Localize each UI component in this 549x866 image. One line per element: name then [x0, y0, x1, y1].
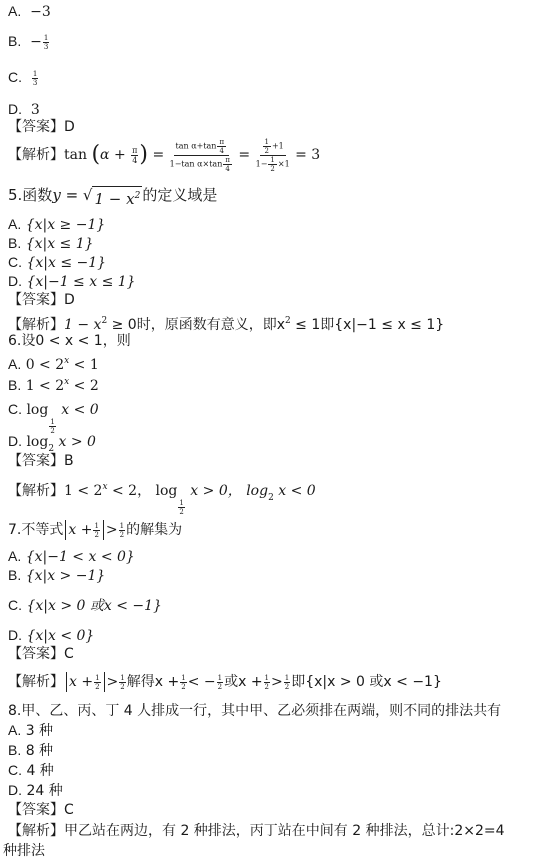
answer-value: D — [64, 119, 75, 135]
fraction: 12 — [119, 674, 125, 691]
option-letter: C. — [8, 401, 22, 417]
analysis-text: 甲乙站在两边，有 2 种排法，丙丁站在中间有 2 种排法，总计:2×2=4 — [64, 823, 505, 839]
q5-option-c: C. {x|x ≤ −1} — [8, 253, 106, 272]
analysis-label: 【解析】 — [8, 823, 64, 839]
fraction: π4 — [223, 156, 232, 173]
frac-den: 2 — [270, 165, 274, 173]
frac-num: 1 — [268, 156, 276, 165]
frac-num: 1 — [264, 674, 270, 683]
q8-option-a: A. 3 种 — [8, 721, 53, 740]
analysis-text: 种排法 — [3, 843, 45, 859]
fraction: 12 — [93, 522, 99, 539]
answer-label: 【答案】 — [8, 453, 64, 469]
option-text: 1 < 2 — [26, 378, 64, 394]
equals: = — [61, 186, 83, 204]
option-letter: A. — [8, 216, 21, 232]
q4-option-a: A. −3 — [8, 2, 51, 21]
option-letter: D. — [8, 782, 22, 798]
option-text: {x|x > 0 或x < −1} — [26, 598, 161, 614]
fraction: 12 — [263, 138, 271, 155]
frac-text: ×1 — [278, 159, 290, 168]
option-text: < 2 — [69, 378, 99, 394]
option-text: 8 种 — [26, 743, 53, 759]
q6-option-c: C. log12 x < 0 — [8, 400, 99, 435]
var-y: y — [52, 186, 60, 204]
fraction: 12 — [119, 522, 125, 539]
option-letter: B. — [8, 377, 21, 393]
q8-option-c: C. 4 种 — [8, 761, 54, 780]
answer-label: 【答案】 — [8, 119, 64, 135]
abs-bar-left — [66, 672, 67, 692]
option-letter: A. — [8, 548, 21, 564]
fraction: π4 — [131, 146, 138, 165]
fraction: 12 — [180, 674, 186, 691]
fraction: π4 — [217, 138, 226, 155]
stem-text: 6.设0 < x < 1，则 — [8, 333, 131, 349]
frac-den: 2 — [120, 531, 124, 539]
frac-num: 1 — [93, 522, 99, 531]
frac-num: 1 — [119, 522, 125, 531]
option-text: log — [26, 402, 48, 418]
stem-text: 8.甲、乙、丙、丁 4 人排成一行，其中甲、乙必须排在两端，则不同的排法共有 — [8, 703, 501, 719]
option-letter: D. — [8, 627, 22, 643]
frac-den: 3 — [44, 43, 48, 51]
analysis-text: < 2， log — [108, 483, 178, 499]
option-text: < 1 — [69, 357, 99, 373]
frac-num: 1 — [180, 674, 186, 683]
frac-text: +1 — [272, 141, 284, 150]
analysis-text: 1 − x — [64, 317, 101, 333]
analysis-label: 【解析】 — [8, 673, 64, 691]
q6-analysis: 【解析】1 < 2x < 2， log12 x > 0， log2 x < 0 — [8, 478, 316, 516]
analysis-text: < − — [188, 673, 216, 691]
frac-num: 1 — [263, 138, 271, 147]
analysis-text: ≤ 1即{x|−1 ≤ x ≤ 1} — [291, 317, 444, 333]
option-letter: C. — [8, 762, 22, 778]
stem-prefix: 7.不等式 — [8, 521, 63, 539]
fraction: 13 — [43, 34, 49, 51]
option-letter: A. — [8, 722, 21, 738]
fraction: 13 — [32, 70, 38, 87]
analysis-text: x > 0， log — [186, 483, 268, 499]
q6-option-a: A. 0 < 2x < 1 — [8, 352, 99, 374]
q5-analysis: 【解析】1 − x2 ≥ 0时，原函数有意义，即x2 ≤ 1即{x|−1 ≤ x… — [8, 312, 444, 334]
sqrt: √1 − x2 — [83, 186, 142, 208]
tan-text: tan — [64, 146, 87, 164]
q6-stem: 6.设0 < x < 1，则 — [8, 332, 131, 350]
q5-option-d: D. {x|−1 ≤ x ≤ 1} — [8, 272, 136, 291]
analysis-text: > — [107, 673, 119, 691]
paren-close: ) — [139, 146, 148, 164]
fraction: tan α+tanπ41−tan α×tanπ4 — [170, 138, 233, 173]
fraction: 12 — [178, 499, 184, 516]
option-letter: C. — [8, 254, 22, 270]
frac-num: 12+1 — [260, 138, 286, 156]
option-text: 3 — [31, 102, 40, 118]
fraction: 12 — [268, 156, 276, 173]
q7-stem: 7.不等式x + 12 > 12的解集为 — [8, 518, 182, 542]
q8-analysis: 【解析】甲乙站在两边，有 2 种排法，丙丁站在中间有 2 种排法，总计:2×2=… — [8, 822, 505, 840]
fraction: 12 — [217, 674, 223, 691]
option-letter: B. — [8, 567, 21, 583]
q8-stem: 8.甲、乙、丙、丁 4 人排成一行，其中甲、乙必须排在两端，则不同的排法共有 — [8, 702, 501, 720]
paren-open: ( — [91, 146, 100, 164]
alpha-plus: α + — [100, 146, 126, 164]
option-text: {x|x > −1} — [26, 568, 106, 584]
option-letter: B. — [8, 235, 21, 251]
analysis-label: 【解析】 — [8, 317, 64, 333]
option-letter: D. — [8, 101, 22, 117]
radicand: 1 − x2 — [92, 186, 142, 208]
analysis-label: 【解析】 — [8, 146, 64, 164]
frac-den: 4 — [132, 156, 137, 165]
frac-num: tan α+tanπ4 — [174, 138, 230, 156]
frac-den: 2 — [179, 508, 183, 516]
q7-analysis: 【解析】x + 12 > 12解得x + 12 < −12 或x + 12 > … — [8, 670, 442, 694]
frac-num: π — [217, 138, 226, 147]
frac-num: 1 — [43, 34, 49, 43]
result: = 3 — [295, 146, 320, 164]
q5-option-b: B. {x|x ≤ 1} — [8, 234, 94, 253]
option-text: x < 0 — [57, 402, 99, 418]
frac-den: 2 — [265, 683, 269, 691]
option-letter: D. — [8, 433, 22, 449]
analysis-label: 【解析】 — [8, 483, 64, 499]
frac-den: 2 — [181, 683, 185, 691]
q6-answer: 【答案】B — [8, 452, 74, 470]
fraction: 12+11−12×1 — [256, 138, 290, 173]
frac-den: 4 — [220, 147, 224, 155]
frac-den: 1−tan α×tanπ4 — [170, 156, 233, 173]
option-text: {x|−1 ≤ x ≤ 1} — [26, 274, 135, 290]
stem-suffix: 的解集为 — [126, 521, 182, 539]
option-letter: C. — [8, 597, 22, 613]
frac-text: tan α+tan — [176, 141, 217, 150]
frac-den: 1−12×1 — [256, 156, 290, 173]
frac-num: 1 — [217, 674, 223, 683]
q7-option-c: C. {x|x > 0 或x < −1} — [8, 596, 162, 615]
option-text: {x|−1 < x < 0} — [26, 549, 135, 565]
q4-option-d: D. 3 — [8, 100, 40, 119]
abs-text: x + — [68, 521, 92, 539]
q7-option-b: B. {x|x > −1} — [8, 566, 105, 585]
option-letter: B. — [8, 742, 21, 758]
stem-suffix: 的定义域是 — [142, 186, 217, 204]
option-text: {x|x ≤ −1} — [26, 255, 106, 271]
option-text: {x|x ≤ 1} — [26, 236, 94, 252]
analysis-text: x + — [69, 673, 93, 691]
q4-option-b: B. −13 — [8, 32, 50, 51]
q7-option-d: D. {x|x < 0} — [8, 626, 94, 645]
analysis-text: x < 0 — [274, 483, 316, 499]
answer-label: 【答案】 — [8, 292, 64, 308]
exponent: 2 — [135, 191, 141, 201]
option-text: 0 < 2 — [26, 357, 64, 373]
option-letter: B. — [8, 33, 21, 49]
frac-den: 3 — [33, 79, 37, 87]
q5-stem: 5.函数y = √1 − x2的定义域是 — [8, 186, 217, 208]
abs-bar-left — [65, 520, 66, 540]
frac-den: 2 — [120, 683, 124, 691]
option-text: {x|x ≥ −1} — [26, 217, 106, 233]
answer-label: 【答案】 — [8, 802, 64, 818]
analysis-text: > — [271, 673, 283, 691]
frac-num: 1 — [32, 70, 38, 79]
q4-analysis: 【解析】 tan (α + π4) = tan α+tanπ41−tan α×t… — [8, 140, 320, 170]
option-text: 24 种 — [26, 783, 62, 799]
option-text: {x|x < 0} — [26, 628, 94, 644]
option-letter: C. — [8, 69, 22, 85]
q6-option-b: B. 1 < 2x < 2 — [8, 373, 99, 395]
frac-den: 2 — [94, 531, 98, 539]
q4-option-c: C. 13 — [8, 68, 39, 87]
q5-option-a: A. {x|x ≥ −1} — [8, 215, 105, 234]
analysis-text: 即{x|x > 0 或x < −1} — [291, 673, 442, 691]
option-text: x > 0 — [54, 434, 96, 450]
q8-option-d: D. 24 种 — [8, 781, 63, 800]
option-text: − — [30, 34, 42, 50]
frac-den: 2 — [285, 683, 289, 691]
q5-answer: 【答案】D — [8, 291, 75, 309]
analysis-text: ≥ 0时，原函数有意义，即x — [107, 317, 285, 333]
answer-value: C — [64, 646, 74, 662]
frac-num: 1 — [119, 674, 125, 683]
answer-value: B — [64, 453, 74, 469]
option-text: log — [26, 434, 48, 450]
frac-num: π — [223, 156, 232, 165]
fraction: 12 — [284, 674, 290, 691]
q8-answer: 【答案】C — [8, 801, 74, 819]
frac-den: 2 — [95, 683, 99, 691]
stem-prefix: 5.函数 — [8, 186, 52, 204]
frac-den: 4 — [225, 165, 229, 173]
option-text: 3 种 — [26, 723, 53, 739]
fraction: 12 — [264, 674, 270, 691]
gt: > — [106, 521, 118, 539]
frac-den: 2 — [218, 683, 222, 691]
option-letter: A. — [8, 3, 21, 19]
option-text: 4 种 — [26, 763, 53, 779]
frac-num: 1 — [284, 674, 290, 683]
q7-option-a: A. {x|−1 < x < 0} — [8, 547, 135, 566]
q8-option-b: B. 8 种 — [8, 741, 53, 760]
frac-den: 2 — [265, 147, 269, 155]
fraction: 12 — [94, 674, 100, 691]
frac-num: π — [131, 146, 138, 156]
frac-num: 1 — [49, 418, 55, 427]
option-text: −3 — [30, 4, 51, 20]
abs-bar-right — [103, 520, 104, 540]
frac-text: 1− — [256, 159, 268, 168]
option-letter: D. — [8, 273, 22, 289]
analysis-text: 或x + — [224, 673, 262, 691]
q7-answer: 【答案】C — [8, 645, 74, 663]
analysis-text: 1 < 2 — [64, 483, 102, 499]
frac-num: 1 — [94, 674, 100, 683]
frac-num: 1 — [178, 499, 184, 508]
answer-label: 【答案】 — [8, 646, 64, 662]
analysis-text: 解得x + — [127, 673, 179, 691]
answer-value: C — [64, 802, 74, 818]
q8-analysis-cont: 种排法 — [3, 842, 45, 860]
frac-text: 1−tan α×tan — [170, 159, 223, 168]
radicand-text: 1 − x — [94, 190, 134, 208]
answer-value: D — [64, 292, 75, 308]
q4-answer: 【答案】D — [8, 118, 75, 136]
option-letter: A. — [8, 356, 21, 372]
abs-bar-right — [104, 672, 105, 692]
